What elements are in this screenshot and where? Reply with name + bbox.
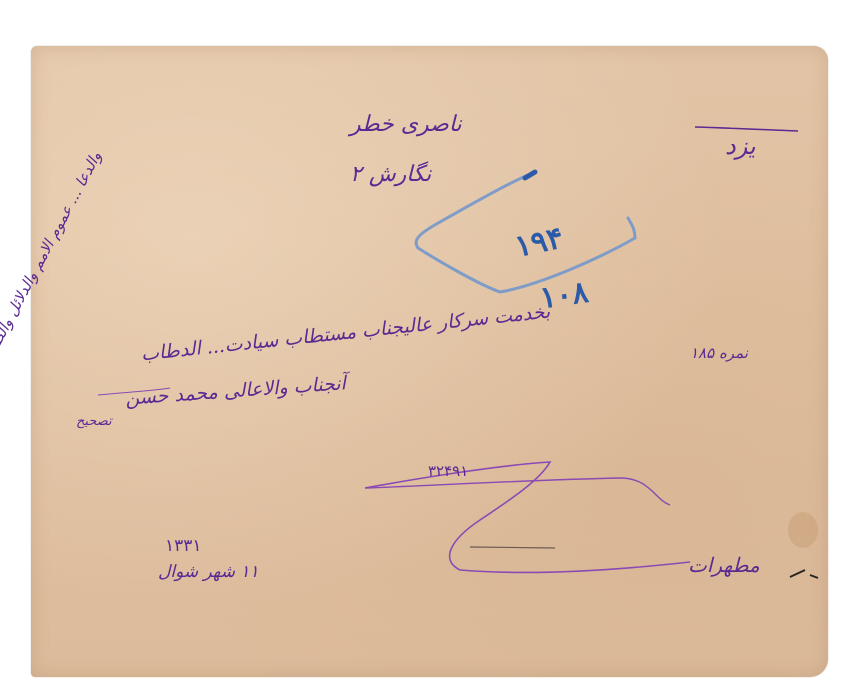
date-year: ۱۳۳۱ bbox=[165, 536, 202, 556]
registry-number: ۳۲۴۹۱ bbox=[428, 462, 468, 480]
sender-note: نگارش ۲ bbox=[350, 162, 431, 187]
destination-city: یزد bbox=[725, 132, 756, 160]
blue-number-below: ۱۰۸ bbox=[538, 275, 591, 316]
water-stain bbox=[788, 512, 818, 548]
date-day-month: ۱۱ شهر شوال bbox=[158, 562, 259, 582]
right-note: نمره ۱۸۵ bbox=[690, 344, 748, 362]
bottom-right-word: مطهرات bbox=[688, 553, 760, 577]
left-small-note: تصحیح bbox=[76, 414, 112, 429]
sender-name: ناصری خطر bbox=[350, 112, 462, 137]
